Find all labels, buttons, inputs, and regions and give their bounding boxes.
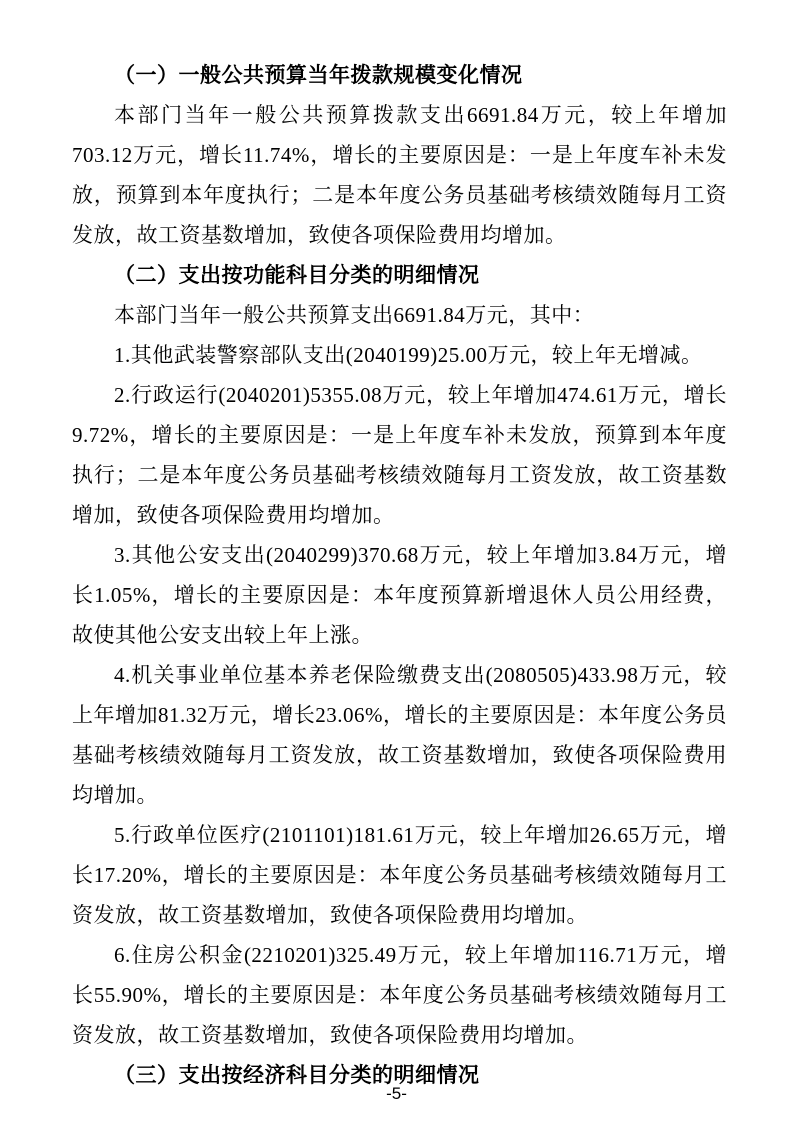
paragraph-item-6-housing-fund: 6.住房公积金(2210201)325.49万元，较上年增加116.71万元，增… [72,935,727,1055]
page-number: -5- [0,1084,793,1104]
document-body: （一）一般公共预算当年拨款规模变化情况 本部门当年一般公共预算拨款支出6691.… [72,55,727,1095]
paragraph-item-5-medical: 5.行政单位医疗(2101101)181.61万元，较上年增加26.65万元，增… [72,815,727,935]
paragraph-item-3-other-public-security: 3.其他公安支出(2040299)370.68万元，较上年增加3.84万元，增长… [72,535,727,655]
section-heading-2: （二）支出按功能科目分类的明细情况 [72,255,727,295]
paragraph-funding-scale-change: 本部门当年一般公共预算拨款支出6691.84万元，较上年增加703.12万元，增… [72,95,727,255]
paragraph-total-expenditure: 本部门当年一般公共预算支出6691.84万元，其中： [72,295,727,335]
document-page: （一）一般公共预算当年拨款规模变化情况 本部门当年一般公共预算拨款支出6691.… [0,0,793,1122]
paragraph-item-4-pension-insurance: 4.机关事业单位基本养老保险缴费支出(2080505)433.98万元，较上年增… [72,655,727,815]
section-heading-1: （一）一般公共预算当年拨款规模变化情况 [72,55,727,95]
paragraph-item-1-armed-police: 1.其他武装警察部队支出(2040199)25.00万元，较上年无增减。 [72,335,727,375]
paragraph-item-2-admin-operation: 2.行政运行(2040201)5355.08万元，较上年增加474.61万元，增… [72,375,727,535]
